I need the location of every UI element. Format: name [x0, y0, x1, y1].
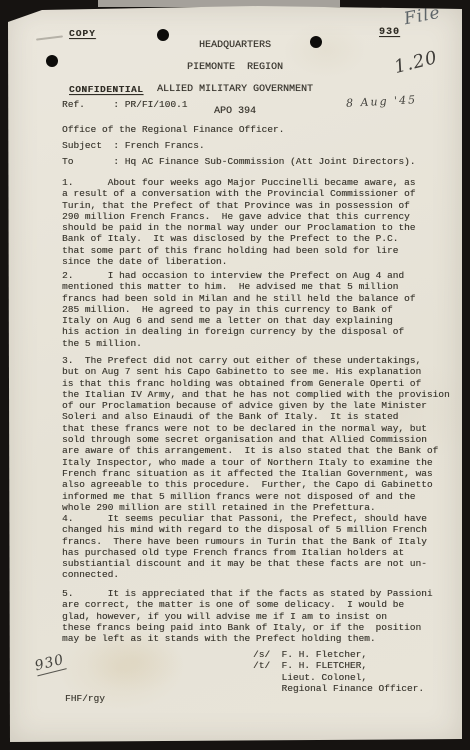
punch-hole-dot-icon [46, 55, 58, 67]
paragraph-1: 1. About four weeks ago Major Puccinelli… [62, 177, 415, 267]
pencil-mark [36, 35, 63, 40]
adjacent-page-edge [98, 0, 340, 7]
paragraph-2: 2. I had occasion to interview the Prefe… [62, 270, 415, 349]
letterhead-line-3: ALLIED MILITARY GOVERNMENT [157, 84, 313, 95]
letterhead-line-4: APO 394 [214, 106, 256, 117]
letterhead-line-2: PIEMONTE REGION [187, 62, 283, 73]
doc-number-bottom-handwritten: 930 [33, 652, 66, 677]
file-handwritten-note: File [402, 3, 442, 30]
paragraph-3: 3. The Prefect did not carry out either … [62, 355, 450, 513]
office-line: Office of the Regional Finance Officer. [62, 124, 284, 135]
reference-line: Ref. : PR/FI/100.1 [62, 99, 187, 110]
price-handwritten-note: 1.20 [392, 47, 440, 78]
doc-number-top: 930 [379, 27, 400, 38]
date-handwritten-note: 8 Aug '45 [346, 93, 418, 110]
paragraph-4: 4. It seems peculiar that Passoni, the P… [62, 513, 427, 581]
scan-background: { "doc": { "copy_label": "COPY", "doc_nu… [0, 0, 470, 750]
classification-label: CONFIDENTIAL [69, 84, 143, 95]
to-line: To : Hq AC Finance Sub-Commission (Att J… [62, 156, 415, 167]
copy-label: COPY [69, 28, 96, 39]
subject-line: Subject : French Francs. [62, 140, 205, 151]
letterhead-line-1: HEADQUARTERS [199, 40, 271, 51]
signature-block: /s/ F. H. Fletcher, /t/ F. H. FLETCHER, … [253, 649, 424, 694]
paragraph-5: 5. It is appreciated that if the facts a… [62, 588, 433, 644]
typist-initials: FHF/rgy [65, 693, 105, 704]
document-page: COPY 930 File HEADQUARTERS PIEMONTE REGI… [8, 6, 462, 742]
